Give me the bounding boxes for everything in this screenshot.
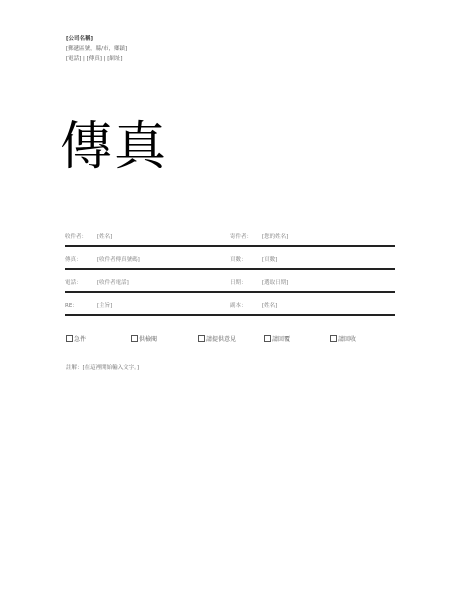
- checkbox-please-recycle[interactable]: 請回收: [330, 334, 356, 343]
- re-label: RE：: [65, 301, 97, 309]
- date-field[interactable]: [選取日期]: [262, 280, 288, 286]
- to-field[interactable]: [姓名]: [97, 234, 112, 240]
- company-name[interactable]: [公司名稱]: [66, 34, 127, 44]
- pages-label: 頁數：: [230, 255, 262, 263]
- checkbox-urgent[interactable]: 急件: [66, 334, 86, 343]
- form-row-phone: 電話：[收件者電話] 日期：[選取日期]: [65, 272, 395, 293]
- fax-label: 傳真：: [65, 255, 97, 263]
- fax-details-form: 收件者：[姓名] 寄件者：[您的姓名] 傳真：[收件者傳真號碼] 頁數：[頁數]…: [65, 226, 395, 318]
- fax-field[interactable]: [收件者傳真號碼]: [97, 257, 140, 263]
- cc-field[interactable]: [姓名]: [262, 303, 277, 309]
- comments-field[interactable]: [在這裡開始輸入文字。]: [83, 365, 140, 371]
- comments-label: 註解：: [66, 365, 83, 371]
- checkbox-icon[interactable]: [131, 335, 138, 342]
- subject-field[interactable]: [主旨]: [97, 303, 112, 309]
- checkbox-for-review[interactable]: 供檢閱: [131, 334, 157, 343]
- fax-cover-page: [公司名稱] [郵遞區號，縣/市，鄉鎮] [電話] | [傳真] | [網址] …: [0, 0, 462, 600]
- comments-section: 註解：[在這裡開始輸入文字。]: [66, 363, 139, 371]
- phone-label: 電話：: [65, 278, 97, 286]
- checkbox-icon[interactable]: [264, 335, 271, 342]
- checkbox-please-comment[interactable]: 請提供意見: [198, 334, 236, 343]
- form-row-re: RE：[主旨] 副本：[姓名]: [65, 295, 395, 316]
- company-header: [公司名稱] [郵遞區號，縣/市，鄉鎮] [電話] | [傳真] | [網址]: [66, 34, 127, 64]
- to-label: 收件者：: [65, 232, 97, 240]
- checkbox-icon[interactable]: [330, 335, 337, 342]
- phone-field[interactable]: [收件者電話]: [97, 280, 129, 286]
- checkbox-icon[interactable]: [66, 335, 73, 342]
- document-title: 傳真: [60, 112, 168, 182]
- form-row-to: 收件者：[姓名] 寄件者：[您的姓名]: [65, 226, 395, 247]
- cc-label: 副本：: [230, 301, 262, 309]
- checkbox-please-reply[interactable]: 請回覆: [264, 334, 290, 343]
- pages-field[interactable]: [頁數]: [262, 257, 277, 263]
- checkbox-icon[interactable]: [198, 335, 205, 342]
- from-field[interactable]: [您的姓名]: [262, 234, 288, 240]
- company-contact[interactable]: [電話] | [傳真] | [網址]: [66, 54, 127, 64]
- company-address[interactable]: [郵遞區號，縣/市，鄉鎮]: [66, 44, 127, 54]
- form-row-fax: 傳真：[收件者傳真號碼] 頁數：[頁數]: [65, 249, 395, 270]
- from-label: 寄件者：: [230, 232, 262, 240]
- date-label: 日期：: [230, 278, 262, 286]
